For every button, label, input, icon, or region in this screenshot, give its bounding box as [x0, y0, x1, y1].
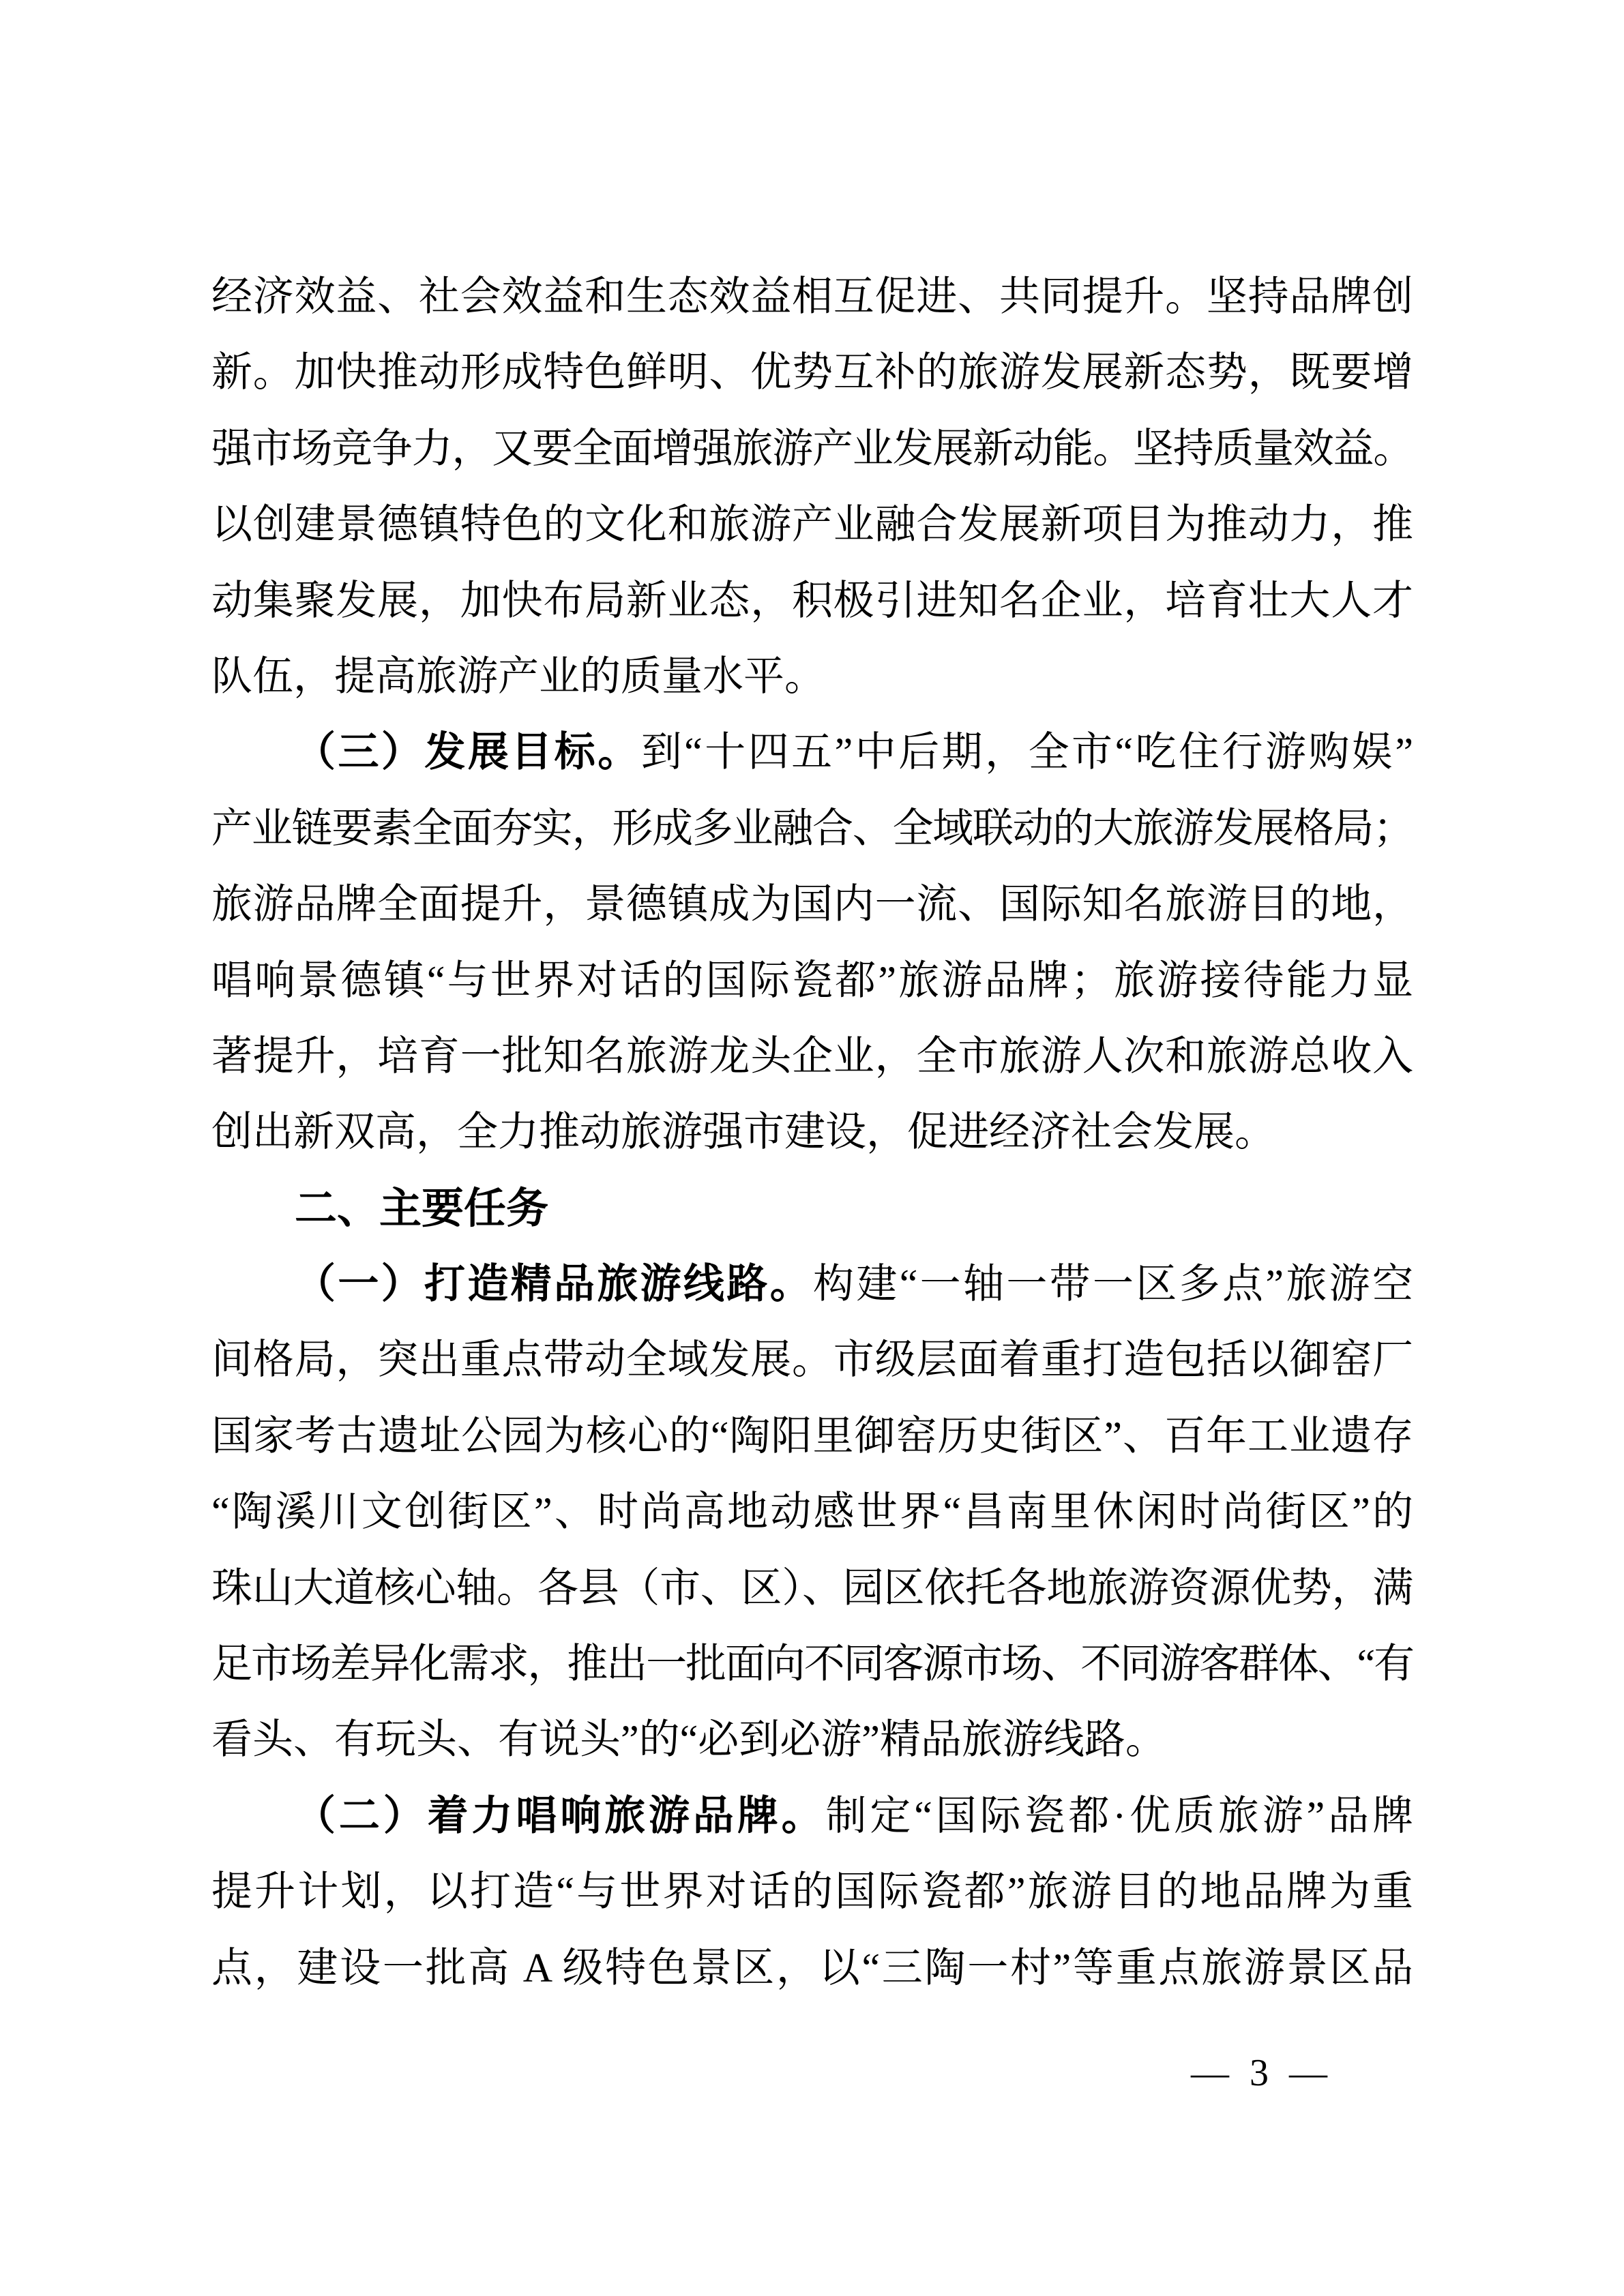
text-line: 点，建设一批高 A 级特色景区，以“三陶一村”等重点旅游景区品: [211, 1930, 1413, 2006]
text-line: 新。加快推动形成特色鲜明、优势互补的旅游发展新态势，既要增: [211, 335, 1413, 411]
text-line: 间格局，突出重点带动全域发展。市级层面着重打造包括以御窑厂: [211, 1322, 1413, 1398]
text-line: “陶溪川文创街区”、时尚高地动感世界“昌南里休闲时尚街区”的: [211, 1474, 1413, 1550]
paragraph-lead: （一）打造精品旅游线路。: [295, 1262, 813, 1307]
text-line: 产业链要素全面夯实，形成多业融合、全域联动的大旅游发展格局；: [211, 791, 1413, 867]
document-body: 经济效益、社会效益和生态效益相互促进、共同提升。坚持品牌创 新。加快推动形成特色…: [211, 259, 1413, 2006]
page-number: — 3 —: [1191, 2039, 1327, 2107]
paragraph-lead: （二）着力唱响旅游品牌。: [295, 1793, 826, 1838]
text-line: 经济效益、社会效益和生态效益相互促进、共同提升。坚持品牌创: [211, 259, 1413, 335]
text-line: 国家考古遗址公园为核心的“陶阳里御窑历史街区”、百年工业遗存: [211, 1399, 1413, 1474]
text-line: 队伍，提高旅游产业的质量水平。: [211, 639, 1413, 715]
paragraph-lead: （三）发展目标。: [295, 730, 641, 775]
text-line: 以创建景德镇特色的文化和旅游产业融合发展新项目为推动力，推: [211, 487, 1413, 563]
text-line: （一）打造精品旅游线路。构建“一轴一带一区多点”旅游空: [211, 1247, 1413, 1322]
text-line: 创出新双高，全力推动旅游强市建设，促进经济社会发展。: [211, 1094, 1413, 1170]
text-line: 看头、有玩头、有说头”的“必到必游”精品旅游线路。: [211, 1702, 1413, 1778]
section-heading: 二、主要任务: [211, 1171, 1413, 1247]
document-page: 经济效益、社会效益和生态效益相互促进、共同提升。坚持品牌创 新。加快推动形成特色…: [0, 0, 1624, 2296]
text-line: 著提升，培育一批知名旅游龙头企业，全市旅游人次和旅游总收入: [211, 1019, 1413, 1094]
text-line: 足市场差异化需求，推出一批面向不同客源市场、不同游客群体、“有: [211, 1626, 1413, 1702]
text-line: 旅游品牌全面提升，景德镇成为国内一流、国际知名旅游目的地，: [211, 867, 1413, 942]
text-line: 提升计划，以打造“与世界对话的国际瓷都”旅游目的地品牌为重: [211, 1854, 1413, 1930]
text-line: （三）发展目标。到“十四五”中后期，全市“吃住行游购娱”: [211, 715, 1413, 790]
text-line: （二）着力唱响旅游品牌。制定“国际瓷都·优质旅游”品牌: [211, 1778, 1413, 1854]
text-line: 珠山大道核心轴。各县（市、区）、园区依托各地旅游资源优势，满: [211, 1551, 1413, 1626]
paragraph-text: 制定“国际瓷都·优质旅游”品牌: [826, 1793, 1414, 1838]
paragraph-text: 构建“一轴一带一区多点”旅游空: [813, 1262, 1413, 1307]
text-line: 动集聚发展，加快布局新业态，积极引进知名企业，培育壮大人才: [211, 563, 1413, 639]
paragraph-text: 到“十四五”中后期，全市“吃住行游购娱”: [641, 730, 1413, 775]
text-line: 强市场竞争力，又要全面增强旅游产业发展新动能。坚持质量效益。: [211, 411, 1413, 487]
text-line: 唱响景德镇“与世界对话的国际瓷都”旅游品牌；旅游接待能力显: [211, 943, 1413, 1019]
